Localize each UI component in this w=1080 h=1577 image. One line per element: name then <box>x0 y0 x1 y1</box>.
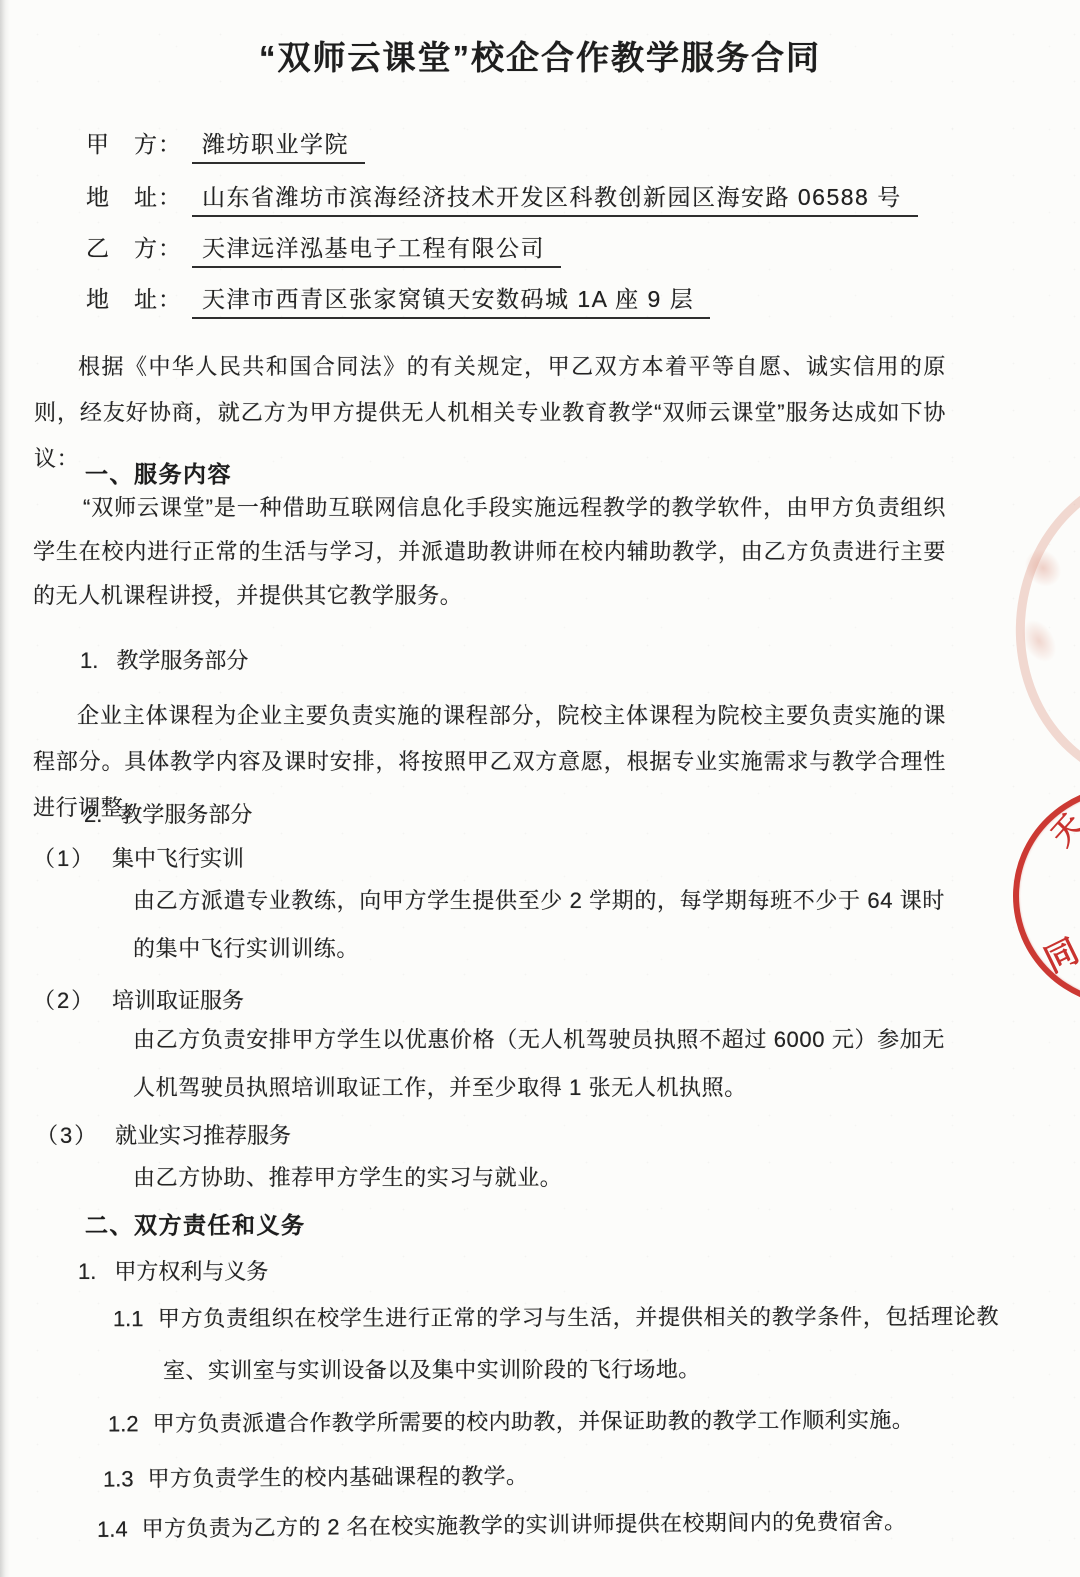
list-item-marker: 1. <box>78 1259 96 1284</box>
subitem-2-heading: （2）培训取证服务 <box>33 984 244 1015</box>
clause-1-1: 1.1甲方负责组织在校学生进行正常的学习与生活，并提供相关的教学条件，包括理论教… <box>113 1291 999 1397</box>
party-label: 乙 方： <box>86 235 182 261</box>
page-title: “双师云课堂”校企合作教学服务合同 <box>0 32 1080 79</box>
party-row-jiafang-address: 地 址：山东省潍坊市滨海经济技术开发区科教创新园区海安路 06588 号 <box>86 179 918 217</box>
party-row-jiafang: 甲 方：潍坊职业学院 <box>86 126 365 164</box>
party-label: 地 址： <box>86 286 182 312</box>
clause-1-2: 1.2甲方负责派遣合作教学所需要的校内助教，并保证助教的教学工作顺利实施。 <box>108 1394 1018 1451</box>
party-row-yifang-address: 地 址：天津市西青区张家窝镇天安数码城 1A 座 9 层 <box>86 281 710 319</box>
subitem-3-heading: （3）就业实习推荐服务 <box>36 1119 291 1150</box>
clause-text: 甲方负责学生的校内基础课程的教学。 <box>148 1463 529 1491</box>
clause-1-4: 1.4甲方负责为乙方的 2 名在校实施教学的实训讲师提供在校期间内的免费宿舍。 <box>97 1494 1027 1556</box>
list-item-1-jiaoxuefuwu: 1.教学服务部分 <box>80 644 248 675</box>
contract-page: “双师云课堂”校企合作教学服务合同 甲 方：潍坊职业学院 地 址：山东省潍坊市滨… <box>0 0 1080 1577</box>
subitem-title: 就业实习推荐服务 <box>115 1123 291 1148</box>
party-value: 天津市西青区张家窝镇天安数码城 1A 座 9 层 <box>192 281 710 319</box>
party-value: 潍坊职业学院 <box>192 126 365 164</box>
subitem-1-body: 由乙方派遣专业教练，向甲方学生提供至少 2 学期的，每学期每班不少于 64 课时… <box>133 877 945 973</box>
subitem-1-heading: （1）集中飞行实训 <box>33 842 244 873</box>
list-item-title: 甲方权利与义务 <box>114 1259 268 1284</box>
section2-heading: 二、双方责任和义务 <box>85 1207 306 1240</box>
clause-number: 1.2 <box>108 1411 139 1436</box>
clause-number: 1.1 <box>113 1306 144 1331</box>
party-row-yifang: 乙 方：天津远洋泓基电子工程有限公司 <box>86 230 561 268</box>
subitem-marker: （3） <box>36 1119 115 1150</box>
clause-text: 甲方负责为乙方的 2 名在校实施教学的实训讲师提供在校期间内的免费宿舍。 <box>141 1508 906 1541</box>
list-item-2-jiaoxuefuwu: 2.教学服务部分 <box>84 798 252 829</box>
section1-heading: 一、服务内容 <box>85 456 232 489</box>
list-item-marker: 1. <box>80 648 98 673</box>
party-value: 山东省潍坊市滨海经济技术开发区科教创新园区海安路 06588 号 <box>192 179 918 217</box>
subitem-3-body: 由乙方协助、推荐甲方学生的实习与就业。 <box>133 1154 945 1202</box>
party-label: 甲 方： <box>86 131 182 157</box>
list-item-1-jiafangquanli: 1.甲方权利与义务 <box>78 1255 268 1286</box>
party-label: 地 址： <box>86 184 182 210</box>
party-value: 天津远洋泓基电子工程有限公司 <box>192 230 561 268</box>
subitem-title: 集中飞行实训 <box>112 846 244 871</box>
subitem-marker: （2） <box>33 984 112 1015</box>
list-item-title: 教学服务部分 <box>116 648 248 673</box>
section1-intro-paragraph: “双师云课堂”是一种借助互联网信息化手段实施远程教学的教学软件，由甲方负责组织学… <box>33 486 946 618</box>
list-item-marker: 2. <box>84 802 102 827</box>
subitem-2-body: 由乙方负责安排甲方学生以优惠价格（无人机驾驶员执照不超过 6000 元）参加无人… <box>133 1016 945 1112</box>
clause-number: 1.4 <box>97 1517 128 1542</box>
subitem-title: 培训取证服务 <box>112 988 244 1013</box>
clause-text: 甲方负责组织在校学生进行正常的学习与生活，并提供相关的教学条件，包括理论教室、实… <box>157 1304 998 1383</box>
list-item-title: 教学服务部分 <box>120 802 252 827</box>
subitem-marker: （1） <box>33 842 112 873</box>
clause-number: 1.3 <box>103 1466 134 1491</box>
clause-text: 甲方负责派遣合作教学所需要的校内助教，并保证助教的教学工作顺利实施。 <box>153 1407 915 1436</box>
